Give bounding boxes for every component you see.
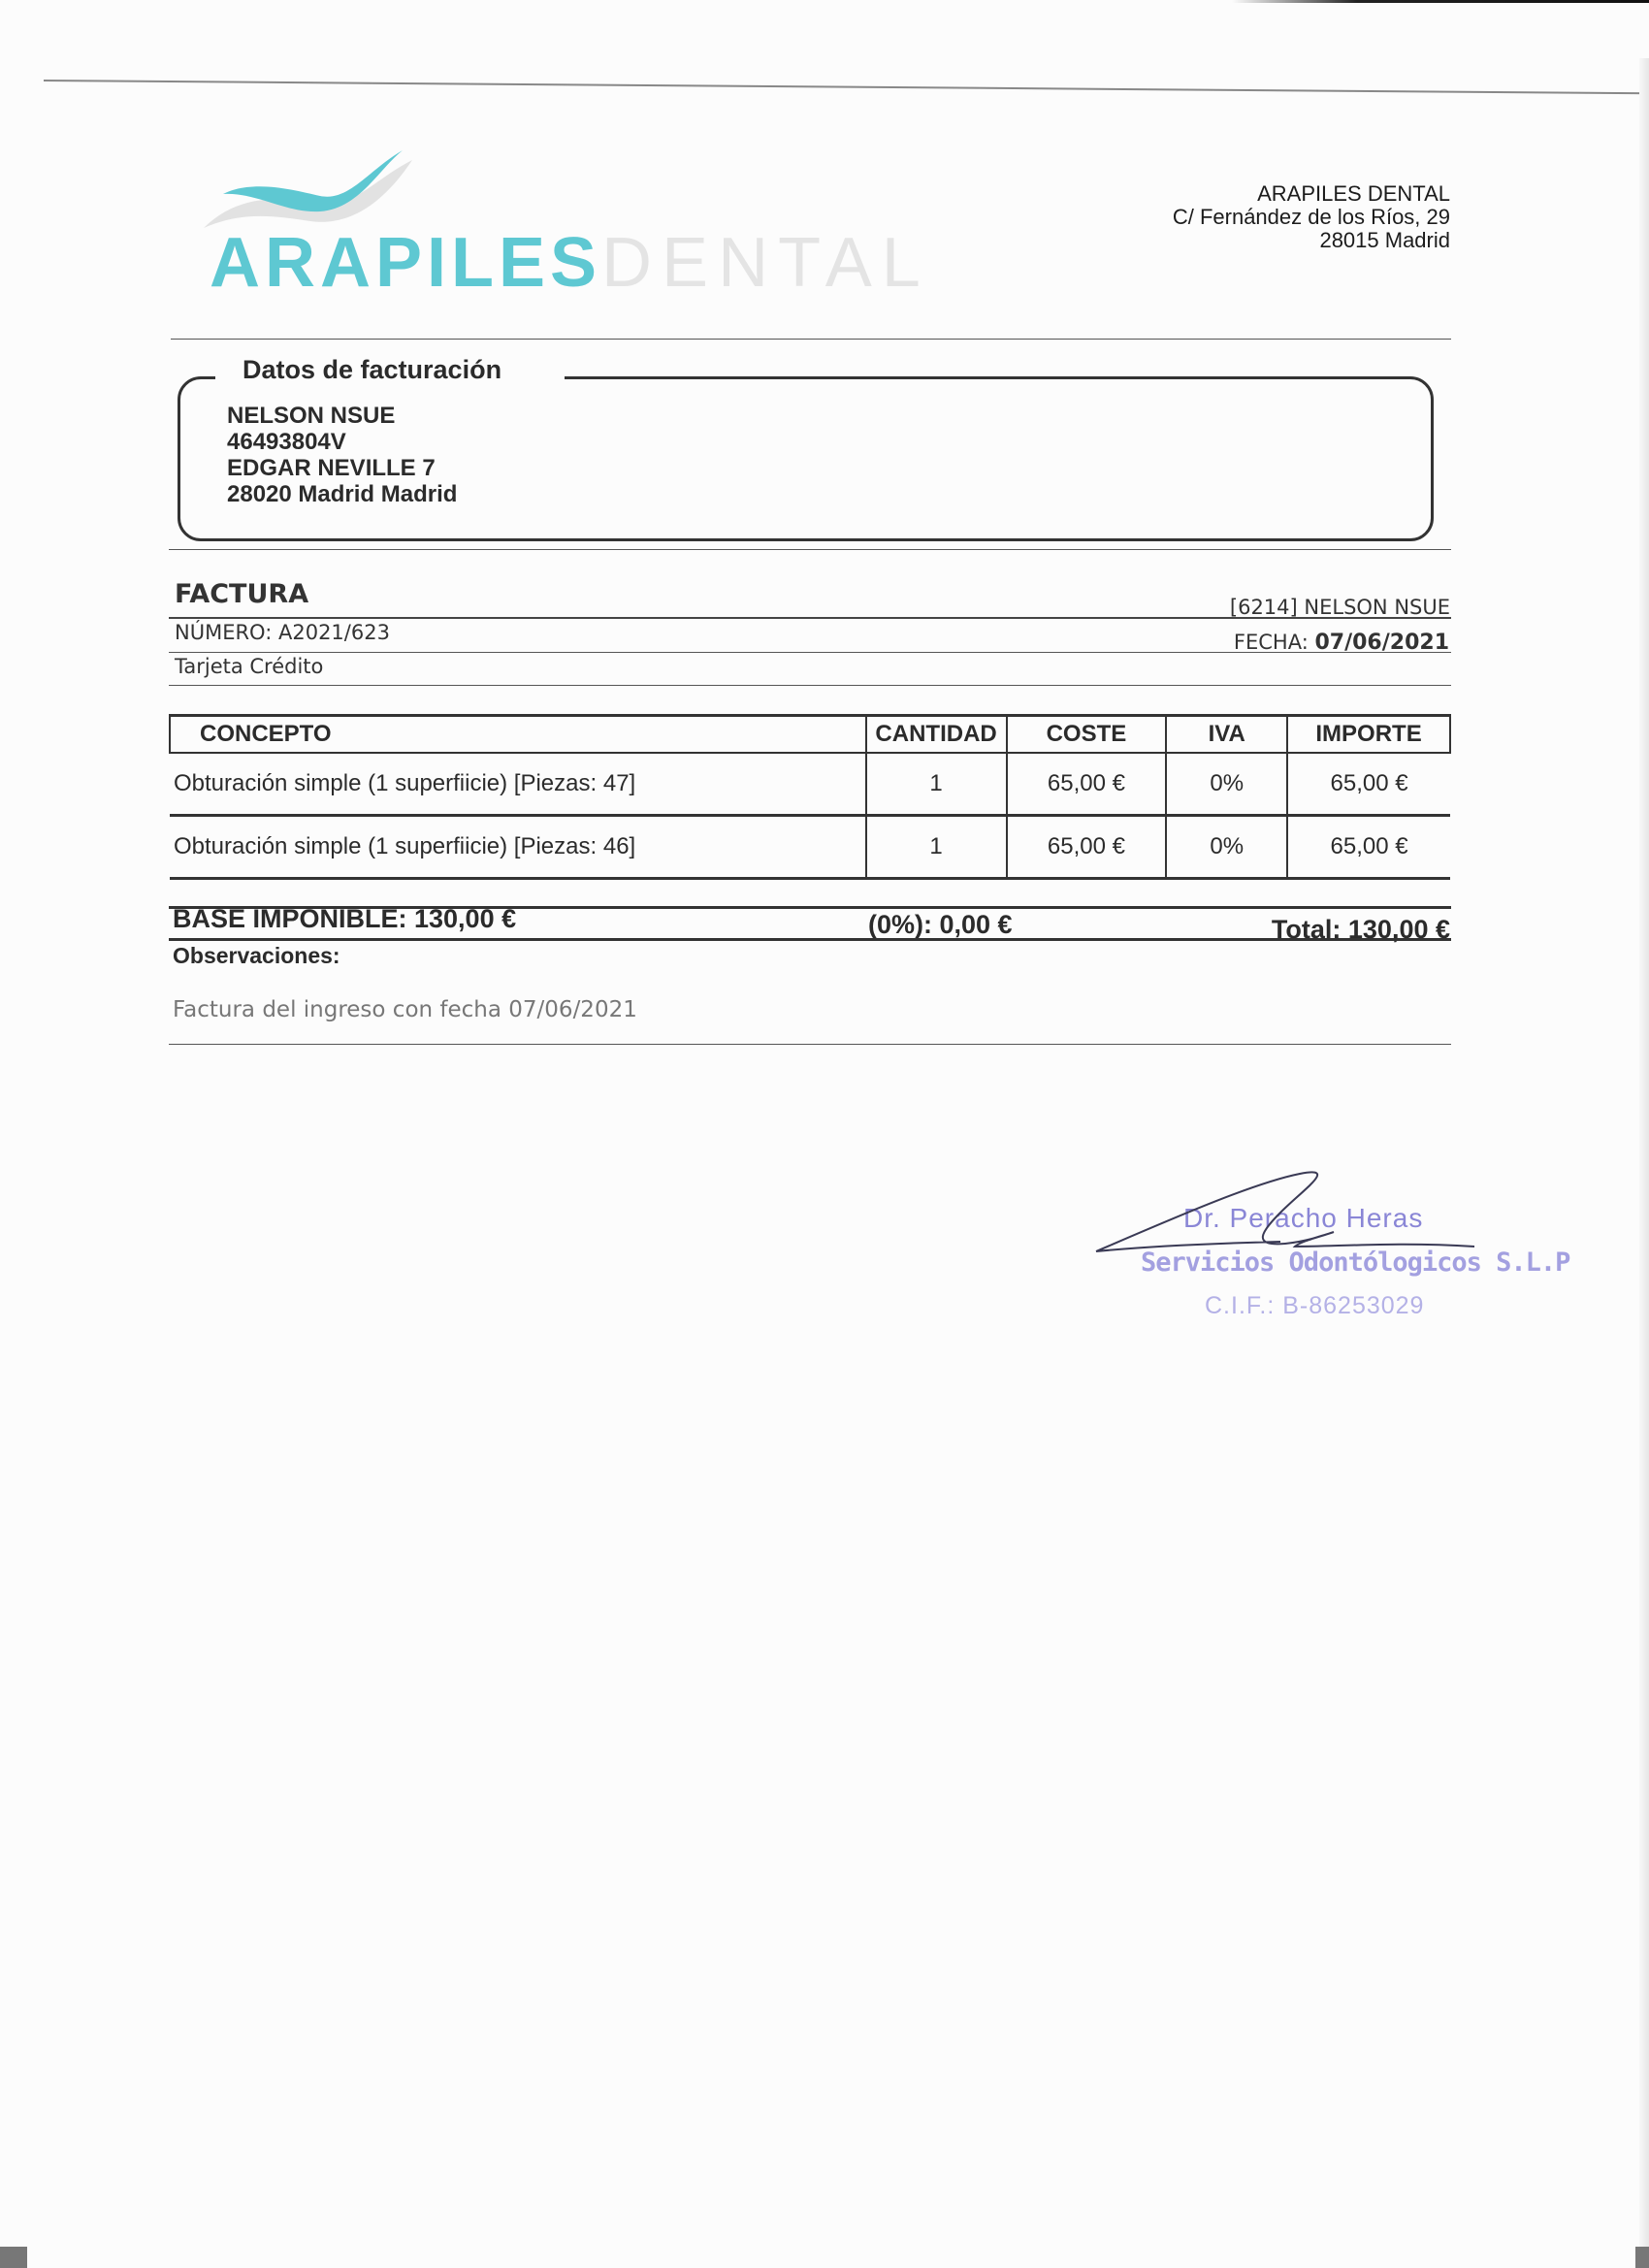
divider <box>169 1044 1451 1045</box>
stamp-tax-id: C.I.F.: B-86253029 <box>1205 1292 1424 1320</box>
invoice-number: NÚMERO: A2021/623 <box>175 621 390 644</box>
invoice-title: FACTURA <box>175 579 308 609</box>
billing-tax-id: 46493804V <box>227 429 457 455</box>
wave-icon <box>204 136 436 233</box>
observations-text: Factura del ingreso con fecha 07/06/2021 <box>173 997 637 1022</box>
divider <box>169 685 1451 686</box>
scan-edge <box>0 2247 27 2268</box>
cell-importe: 65,00 € <box>1287 816 1450 879</box>
column-header-cantidad: CANTIDAD <box>866 716 1007 754</box>
logo-wordmark: ARAPILESDENTAL <box>210 228 930 298</box>
iva-total: (0%): 0,00 € <box>868 910 1013 940</box>
scan-edge <box>1232 0 1649 3</box>
divider <box>169 617 1451 619</box>
divider <box>171 339 1451 340</box>
cell-coste: 65,00 € <box>1007 816 1167 879</box>
cell-concepto: Obturación simple (1 superfiicie) [Pieza… <box>170 753 866 816</box>
cell-coste: 65,00 € <box>1007 753 1167 816</box>
signature-icon <box>1086 1154 1494 1271</box>
cell-concepto: Obturación simple (1 superfiicie) [Pieza… <box>170 816 866 879</box>
table-row: Obturación simple (1 superfiicie) [Pieza… <box>170 753 1450 816</box>
company-logo: ARAPILESDENTAL <box>204 136 844 301</box>
client-reference: [6214] NELSON NSUE <box>1230 596 1450 619</box>
column-header-iva: IVA <box>1166 716 1287 754</box>
billing-address: EDGAR NEVILLE 7 <box>227 455 457 481</box>
divider <box>169 549 1451 550</box>
logo-text-secondary: DENTAL <box>601 224 930 302</box>
table-row: Obturación simple (1 superfiicie) [Pieza… <box>170 816 1450 879</box>
cell-importe: 65,00 € <box>1287 753 1450 816</box>
column-header-concepto: CONCEPTO <box>170 716 866 754</box>
cell-cantidad: 1 <box>866 816 1007 879</box>
company-address: ARAPILES DENTAL C/ Fernández de los Ríos… <box>1173 182 1450 252</box>
billing-details: NELSON NSUE 46493804V EDGAR NEVILLE 7 28… <box>227 403 457 507</box>
invoice-number-label: NÚMERO: <box>175 621 272 644</box>
company-name: ARAPILES DENTAL <box>1173 182 1450 206</box>
invoice-date-label: FECHA: <box>1234 631 1309 654</box>
company-city: 28015 Madrid <box>1173 229 1450 252</box>
page-top-rule <box>44 80 1649 94</box>
company-street: C/ Fernández de los Ríos, 29 <box>1173 206 1450 229</box>
payment-method: Tarjeta Crédito <box>175 655 323 678</box>
table-header-row: CONCEPTO CANTIDAD COSTE IVA IMPORTE <box>170 716 1450 754</box>
cell-iva: 0% <box>1166 753 1287 816</box>
divider <box>169 652 1451 653</box>
line-items-table: CONCEPTO CANTIDAD COSTE IVA IMPORTE Obtu… <box>169 714 1451 880</box>
cell-iva: 0% <box>1166 816 1287 879</box>
scan-edge <box>1639 58 1649 2268</box>
divider <box>169 938 1451 941</box>
cell-cantidad: 1 <box>866 753 1007 816</box>
billing-title: Datos de facturación <box>242 355 501 385</box>
invoice-number-value: A2021/623 <box>278 621 390 644</box>
company-stamp: Dr. Peracho Heras Servicios Odontólogico… <box>1086 1154 1494 1329</box>
observations-label: Observaciones: <box>173 943 340 969</box>
billing-name: NELSON NSUE <box>227 403 457 429</box>
scan-edge <box>1635 2247 1649 2268</box>
column-header-importe: IMPORTE <box>1287 716 1450 754</box>
logo-text-primary: ARAPILES <box>210 224 601 302</box>
billing-city: 28020 Madrid Madrid <box>227 481 457 507</box>
base-imponible: BASE IMPONIBLE: 130,00 € <box>173 904 516 934</box>
column-header-coste: COSTE <box>1007 716 1167 754</box>
